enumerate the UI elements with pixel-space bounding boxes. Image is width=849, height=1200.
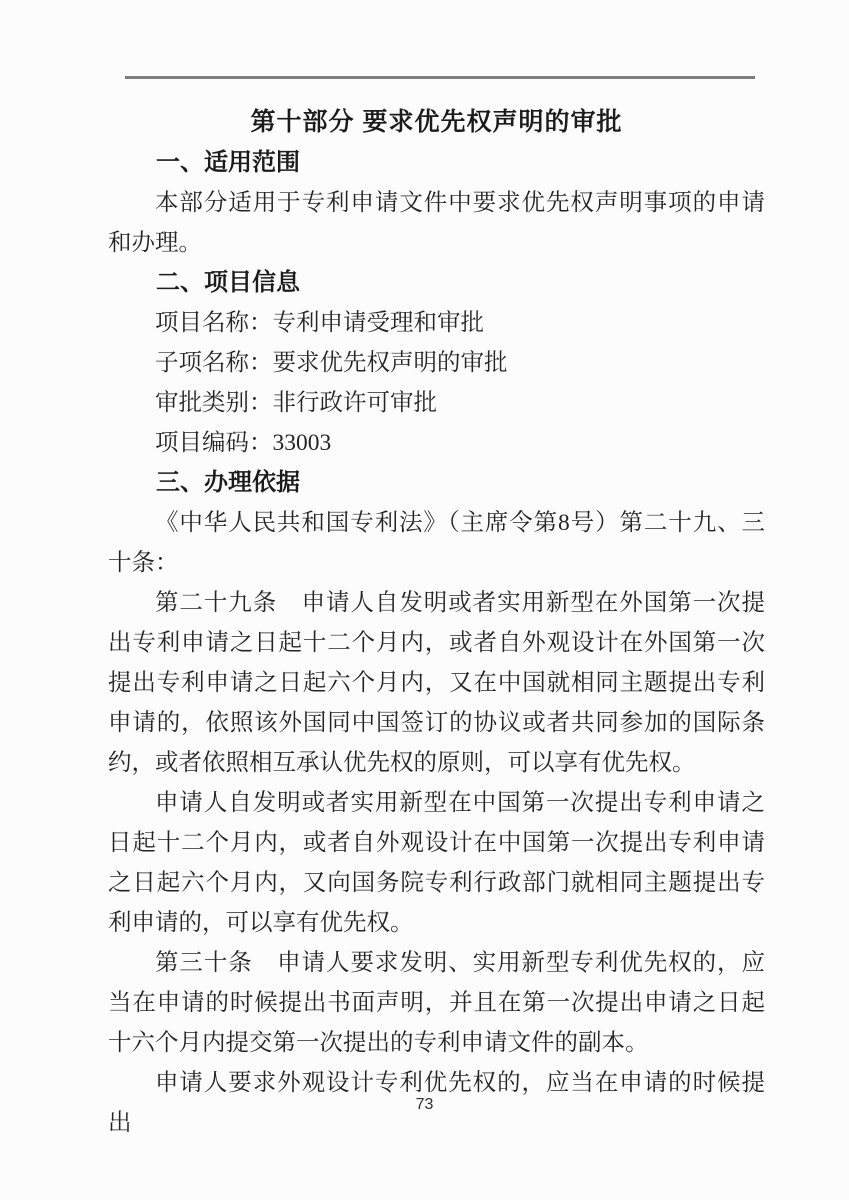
header-rule: [125, 76, 755, 79]
paragraph-article-29: 第二十九条 申请人自发明或者实用新型在外国第一次提出专利申请之日起十二个月内，或…: [108, 583, 765, 783]
section-heading-basis: 三、办理依据: [108, 463, 765, 503]
paragraph-scope: 本部分适用于专利申请文件中要求优先权声明事项的申请和办理。: [108, 183, 765, 263]
info-line-approval-category: 审批类别：非行政许可审批: [108, 383, 765, 423]
info-line-project-code: 项目编码：33003: [108, 423, 765, 463]
paragraph-legal-basis-intro: 《中华人民共和国专利法》（主席令第8号）第二十九、三十条：: [108, 503, 765, 583]
section-heading-scope: 一、适用范围: [108, 143, 765, 183]
document-title: 第十部分 要求优先权声明的审批: [108, 101, 765, 143]
paragraph-article-30: 第三十条 申请人要求发明、实用新型专利优先权的，应当在申请的时候提出书面声明，并…: [108, 943, 765, 1063]
info-line-project-name: 项目名称：专利申请受理和审批: [108, 303, 765, 343]
page-number: 73: [0, 1094, 849, 1116]
paragraph-article-29-domestic: 申请人自发明或者实用新型在中国第一次提出专利申请之日起十二个月内，或者自外观设计…: [108, 783, 765, 943]
document-page: 第十部分 要求优先权声明的审批 一、适用范围 本部分适用于专利申请文件中要求优先…: [0, 0, 849, 1200]
document-content: 第十部分 要求优先权声明的审批 一、适用范围 本部分适用于专利申请文件中要求优先…: [108, 101, 765, 1143]
info-line-subitem-name: 子项名称：要求优先权声明的审批: [108, 343, 765, 383]
section-heading-project-info: 二、项目信息: [108, 263, 765, 303]
